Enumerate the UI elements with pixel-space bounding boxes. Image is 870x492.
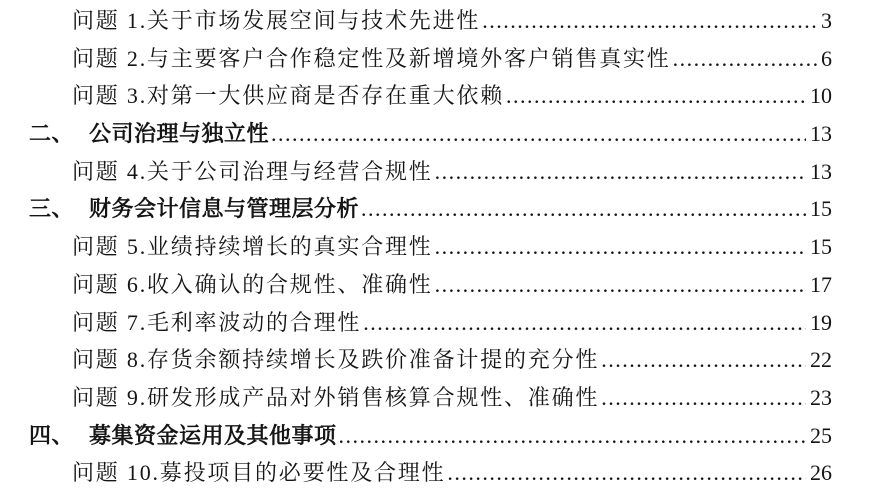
toc-entry[interactable]: 问题 1.关于市场发展空间与技术先进性 3 xyxy=(0,2,832,40)
toc-entry-page-number: 13 xyxy=(810,153,832,191)
dot-leader xyxy=(601,341,806,379)
toc-entry[interactable]: 问题 7.毛利率波动的合理性 19 xyxy=(0,304,832,342)
toc-entry-label: 三、财务会计信息与管理层分析 xyxy=(29,190,359,228)
toc-entry[interactable]: 问题 3.对第一大供应商是否存在重大依赖 10 xyxy=(0,77,832,115)
dot-leader xyxy=(447,454,806,492)
toc-entry-text: 财务会计信息与管理层分析 xyxy=(89,196,359,221)
toc-entry-page-number: 22 xyxy=(810,341,832,379)
toc-entry-text: 问题 8.存货余额持续增长及跌价准备计提的充分性 xyxy=(72,347,599,372)
toc-entry-text: 问题 1.关于市场发展空间与技术先进性 xyxy=(72,8,480,33)
toc-entry-text: 问题 7.毛利率波动的合理性 xyxy=(72,310,361,335)
toc-entry-label: 问题 1.关于市场发展空间与技术先进性 xyxy=(72,2,480,40)
dot-leader xyxy=(363,304,806,342)
toc-entry-label: 问题 10.募投项目的必要性及合理性 xyxy=(72,454,445,492)
toc-entry[interactable]: 问题 6.收入确认的合规性、准确性 17 xyxy=(0,266,832,304)
toc-entry-label: 问题 7.毛利率波动的合理性 xyxy=(72,304,361,342)
dot-leader xyxy=(435,228,806,266)
toc-entry[interactable]: 问题 8.存货余额持续增长及跌价准备计提的充分性 22 xyxy=(0,341,832,379)
toc-entry-page-number: 13 xyxy=(810,115,832,153)
toc-entry-text: 问题 9.研发形成产品对外销售核算合规性、准确性 xyxy=(72,385,599,410)
toc-entry-label: 问题 2.与主要客户合作稳定性及新增境外客户销售真实性 xyxy=(72,40,671,78)
toc-entry-label: 问题 6.收入确认的合规性、准确性 xyxy=(72,266,433,304)
dot-leader xyxy=(482,2,817,40)
toc-entry[interactable]: 问题 10.募投项目的必要性及合理性 26 xyxy=(0,454,832,492)
toc-entry-label: 问题 8.存货余额持续增长及跌价准备计提的充分性 xyxy=(72,341,599,379)
toc-entry-label: 问题 9.研发形成产品对外销售核算合规性、准确性 xyxy=(72,379,599,417)
toc-entry-page-number: 3 xyxy=(821,2,832,40)
toc-entry-text: 问题 10.募投项目的必要性及合理性 xyxy=(72,460,445,485)
toc-entry-page-number: 10 xyxy=(810,77,832,115)
toc-entry-page-number: 26 xyxy=(810,454,832,492)
toc-entry-page-number: 17 xyxy=(810,266,832,304)
toc-entry-text: 问题 2.与主要客户合作稳定性及新增境外客户销售真实性 xyxy=(72,46,671,71)
toc-entry-label: 问题 4.关于公司治理与经营合规性 xyxy=(72,153,433,191)
toc-entry-page-number: 23 xyxy=(810,379,832,417)
toc-entry[interactable]: 问题 2.与主要客户合作稳定性及新增境外客户销售真实性 6 xyxy=(0,40,832,78)
toc-entry[interactable]: 问题 4.关于公司治理与经营合规性 13 xyxy=(0,153,832,191)
table-of-contents: 问题 1.关于市场发展空间与技术先进性 3 问题 2.与主要客户合作稳定性及新增… xyxy=(0,2,832,492)
toc-entry[interactable]: 问题 9.研发形成产品对外销售核算合规性、准确性 23 xyxy=(0,379,832,417)
toc-entry-label: 二、公司治理与独立性 xyxy=(29,115,269,153)
toc-entry-label: 问题 5.业绩持续增长的真实合理性 xyxy=(72,228,433,266)
toc-section-marker: 三、 xyxy=(29,196,74,221)
toc-entry-text: 问题 6.收入确认的合规性、准确性 xyxy=(72,272,433,297)
dot-leader xyxy=(601,379,806,417)
dot-leader xyxy=(435,266,806,304)
toc-entry-page-number: 15 xyxy=(810,190,832,228)
dot-leader xyxy=(435,153,806,191)
toc-section-marker: 二、 xyxy=(29,121,74,146)
toc-section-marker: 四、 xyxy=(29,423,74,448)
dot-leader xyxy=(271,115,806,153)
toc-entry[interactable]: 三、财务会计信息与管理层分析 15 xyxy=(0,190,832,228)
toc-entry-text: 问题 5.业绩持续增长的真实合理性 xyxy=(72,234,433,259)
toc-entry[interactable]: 二、公司治理与独立性 13 xyxy=(0,115,832,153)
toc-entry-label: 问题 3.对第一大供应商是否存在重大依赖 xyxy=(72,77,504,115)
toc-entry-page-number: 15 xyxy=(810,228,832,266)
document-page: 问题 1.关于市场发展空间与技术先进性 3 问题 2.与主要客户合作稳定性及新增… xyxy=(0,0,870,492)
toc-entry-text: 募集资金运用及其他事项 xyxy=(89,423,337,448)
toc-entry-text: 问题 4.关于公司治理与经营合规性 xyxy=(72,159,433,184)
toc-entry-page-number: 25 xyxy=(810,417,832,455)
toc-entry-label: 四、募集资金运用及其他事项 xyxy=(29,417,337,455)
toc-entry-text: 公司治理与独立性 xyxy=(89,121,269,146)
toc-entry-text: 问题 3.对第一大供应商是否存在重大依赖 xyxy=(72,83,504,108)
toc-entry-page-number: 19 xyxy=(810,304,832,342)
toc-entry-page-number: 6 xyxy=(821,40,832,78)
toc-entry[interactable]: 四、募集资金运用及其他事项 25 xyxy=(0,417,832,455)
dot-leader xyxy=(673,40,817,78)
dot-leader xyxy=(506,77,806,115)
dot-leader xyxy=(339,417,806,455)
toc-entry[interactable]: 问题 5.业绩持续增长的真实合理性 15 xyxy=(0,228,832,266)
dot-leader xyxy=(361,190,806,228)
